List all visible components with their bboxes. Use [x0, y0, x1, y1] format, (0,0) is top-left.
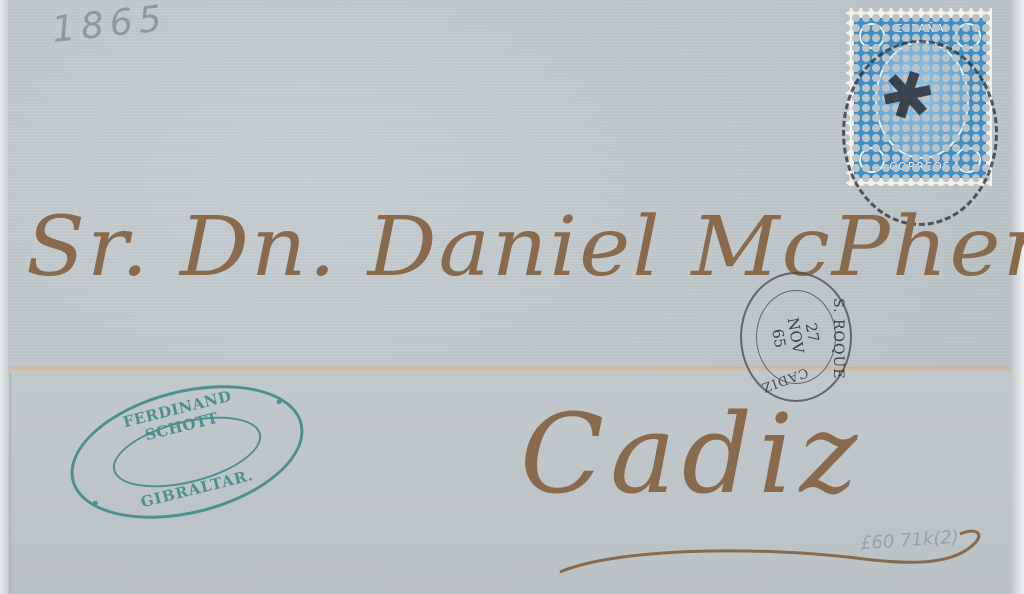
stamp-corner-ornament	[859, 23, 885, 49]
cds-date: 27 NOV 65	[766, 306, 825, 364]
right-paper-edge	[1012, 0, 1024, 594]
stamp-corner-ornament	[955, 23, 981, 49]
cds-town: S. ROQUE	[830, 298, 846, 380]
handstamp-dot	[276, 399, 282, 405]
left-paper-edge	[0, 0, 8, 594]
fold-line	[10, 364, 1014, 374]
circular-date-stamp: S. ROQUE 27 NOV 65 CADIZ	[740, 272, 852, 402]
address-line-1: Sr. Dn. Daniel McPherson	[26, 200, 1024, 295]
pencil-year-annotation: 1865	[50, 0, 169, 51]
handstamp-dot	[92, 500, 98, 506]
entire-letter-cover: 1865 ESPAÑA CORREOS ✱ Sr. Dn. Daniel McP…	[0, 0, 1024, 594]
address-line-2: Cadiz	[520, 390, 863, 518]
